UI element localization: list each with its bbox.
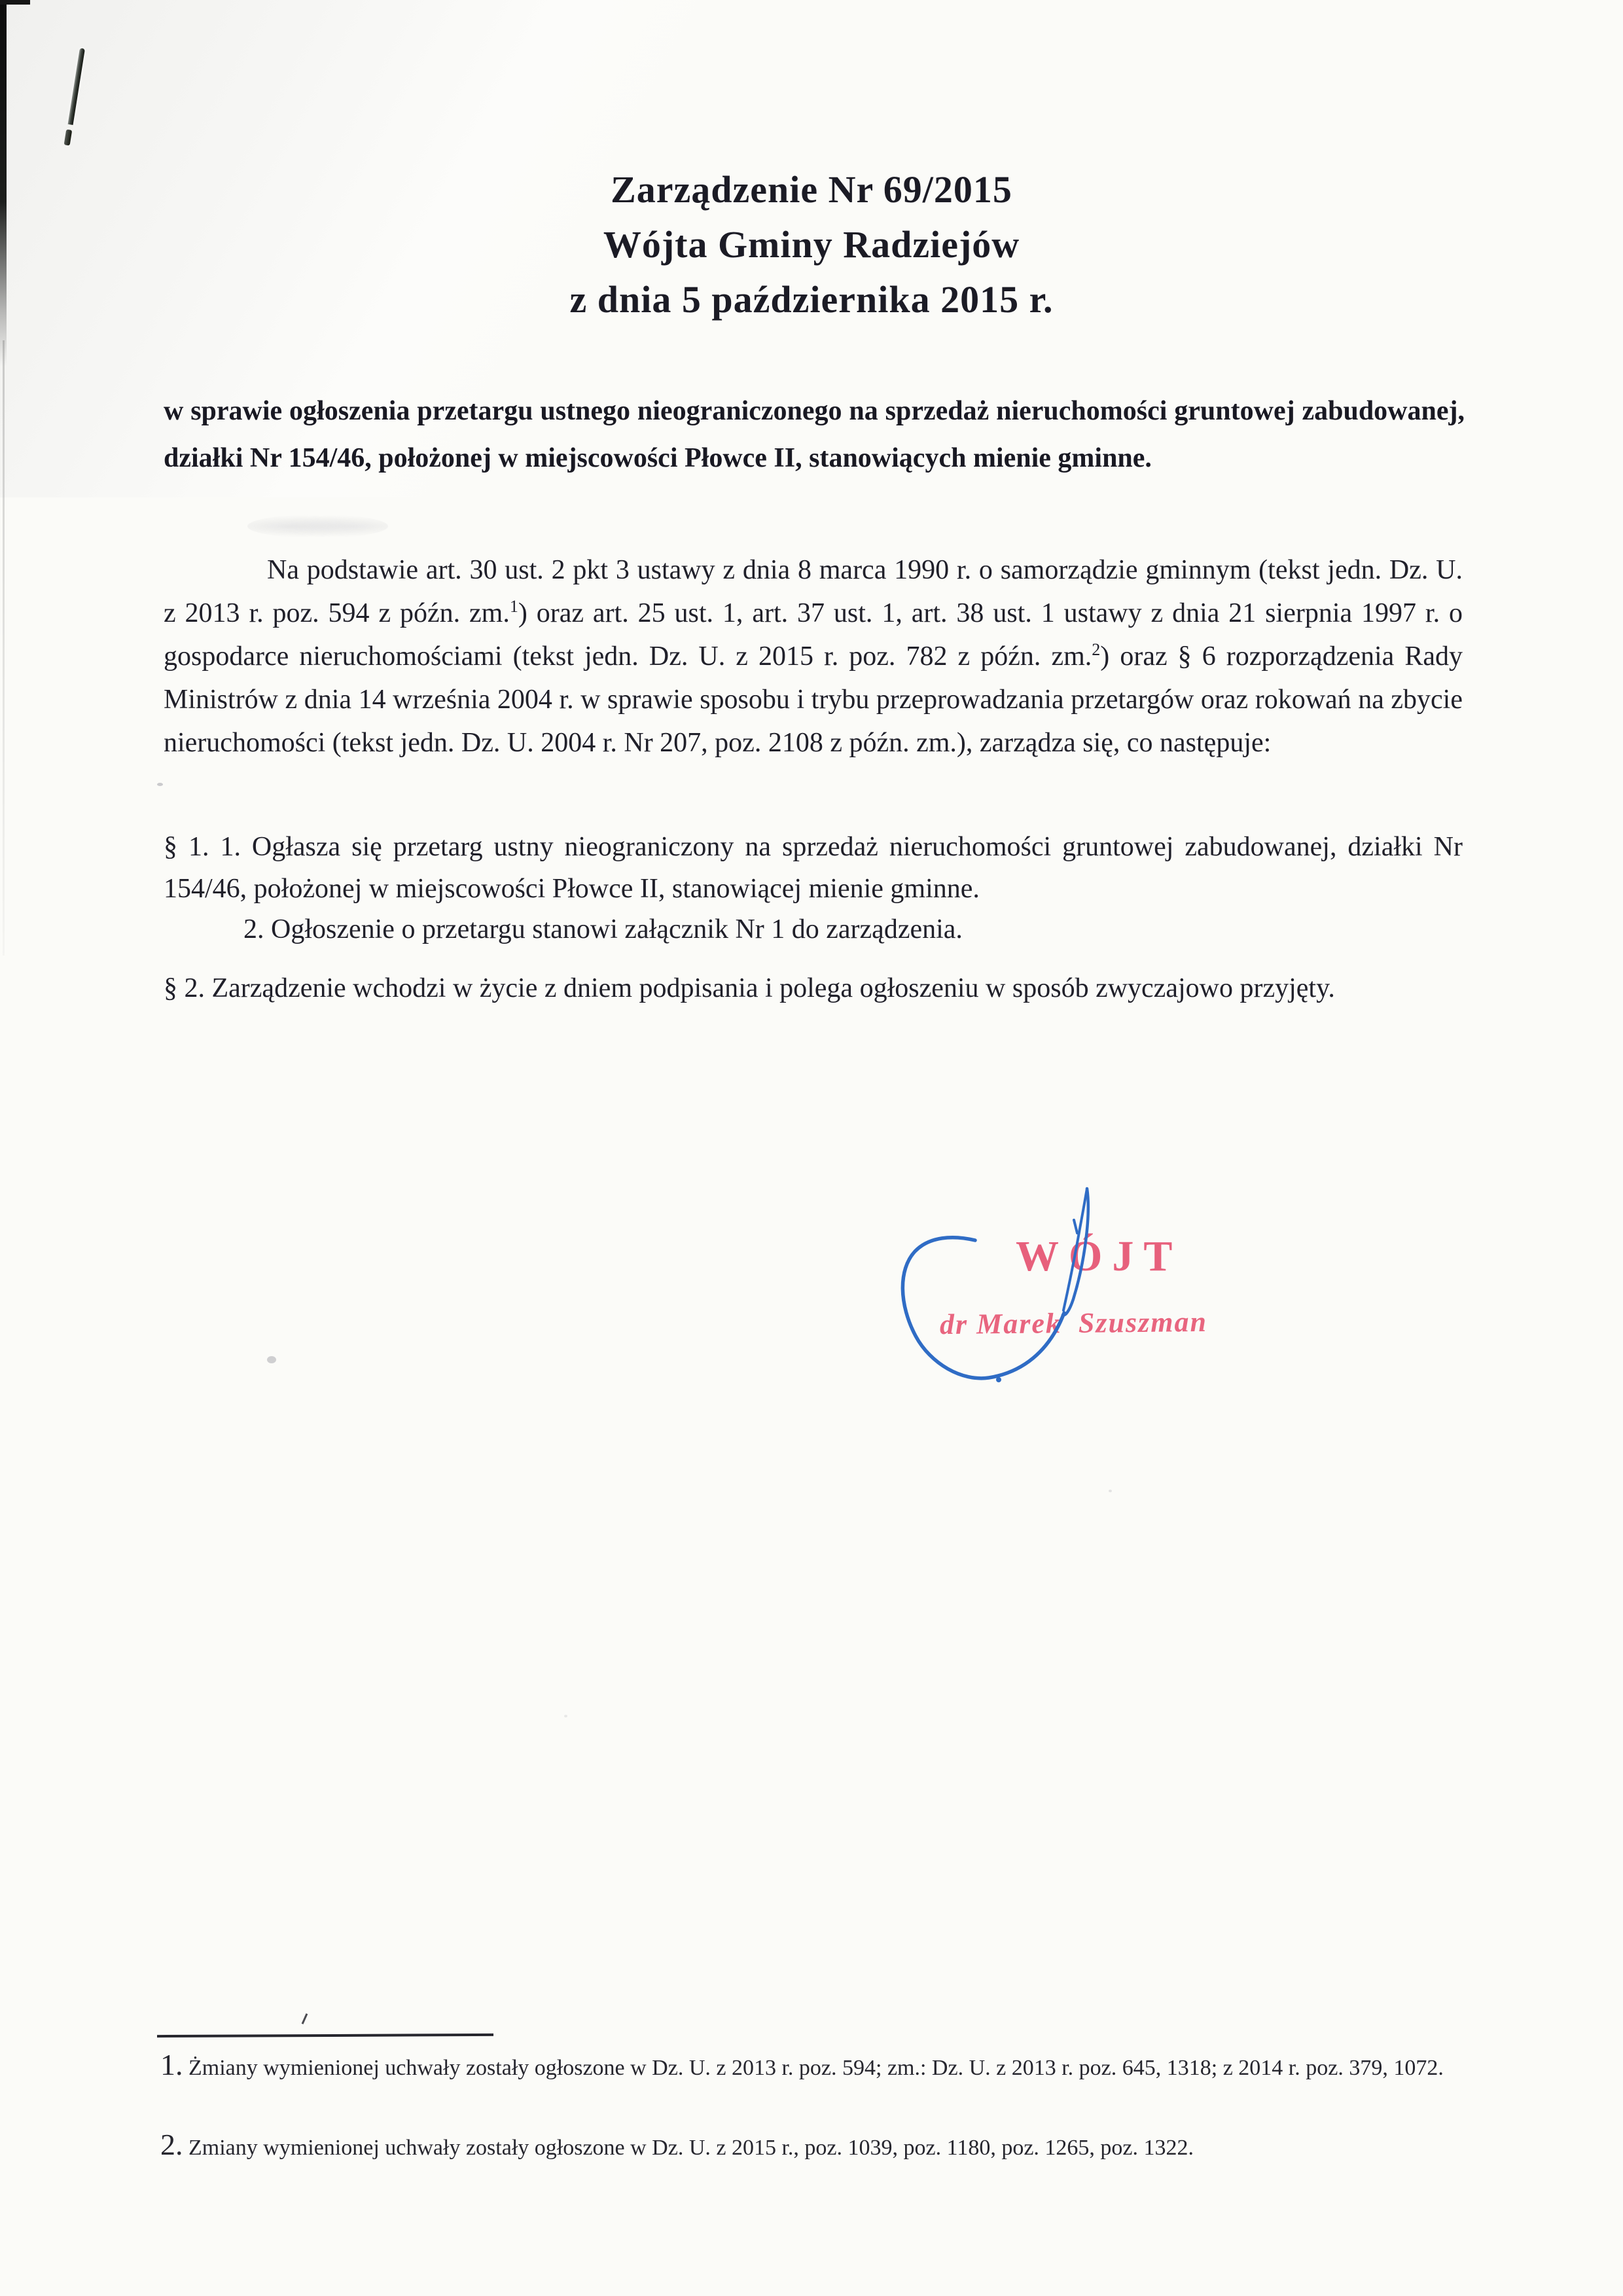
scan-speck [1109, 1490, 1112, 1492]
footnote-2-number: 2. [160, 2128, 183, 2161]
scan-speck [564, 1715, 567, 1717]
signature-loop-stroke [902, 1238, 1064, 1378]
footnote-ref-2: 2 [1092, 640, 1100, 659]
footnote-2-text: Zmiany wymienionej uchwały zostały ogłos… [183, 2136, 1194, 2160]
handwritten-signature [870, 1164, 1132, 1406]
footnote-ref-1: 1 [510, 597, 518, 616]
title-line-issuer: Wójta Gminy Radziejów [0, 217, 1623, 272]
signature-tick [1074, 1220, 1077, 1233]
scan-smudge [247, 514, 388, 538]
scan-left-edge-faint [3, 340, 5, 956]
scan-speck [267, 1356, 276, 1363]
title-line-date: z dnia 5 października 2015 r. [0, 272, 1623, 327]
stray-pen-tick [302, 2013, 308, 2024]
footnote-1-number: 1. [160, 2048, 183, 2081]
title-line-number: Zarządzenie Nr 69/2015 [0, 162, 1623, 217]
staple-rod [67, 48, 85, 128]
document-title: Zarządzenie Nr 69/2015 Wójta Gminy Radzi… [0, 162, 1623, 327]
footnote-separator [157, 2034, 493, 2037]
section-1-item-2: 2. Ogłoszenie o przetargu stanowi załącz… [164, 908, 1463, 950]
signature-ink-dot [996, 1377, 1001, 1382]
staple-icon [62, 48, 89, 148]
scan-top-edge [0, 0, 30, 5]
section-2-paragraph: § 2. Zarządzenie wchodzi w życie z dniem… [164, 967, 1466, 1009]
document-subject: w sprawie ogłoszenia przetargu ustnego n… [164, 387, 1465, 482]
legal-basis-paragraph: Na podstawie art. 30 ust. 2 pkt 3 ustawy… [164, 548, 1463, 764]
footnote-2: 2. Zmiany wymienionej uchwały zostały og… [160, 2125, 1466, 2168]
scan-speck [157, 783, 163, 786]
section-1-paragraph: § 1. 1. Ogłasza się przetarg ustny nieog… [164, 826, 1463, 910]
scanned-document-page: Zarządzenie Nr 69/2015 Wójta Gminy Radzi… [0, 0, 1623, 2296]
footnote-1-text: Żmiany wymienionej uchwały zostały ogłos… [183, 2056, 1444, 2080]
footnote-1: 1. Żmiany wymienionej uchwały zostały og… [160, 2045, 1466, 2089]
staple-tip [64, 130, 73, 146]
